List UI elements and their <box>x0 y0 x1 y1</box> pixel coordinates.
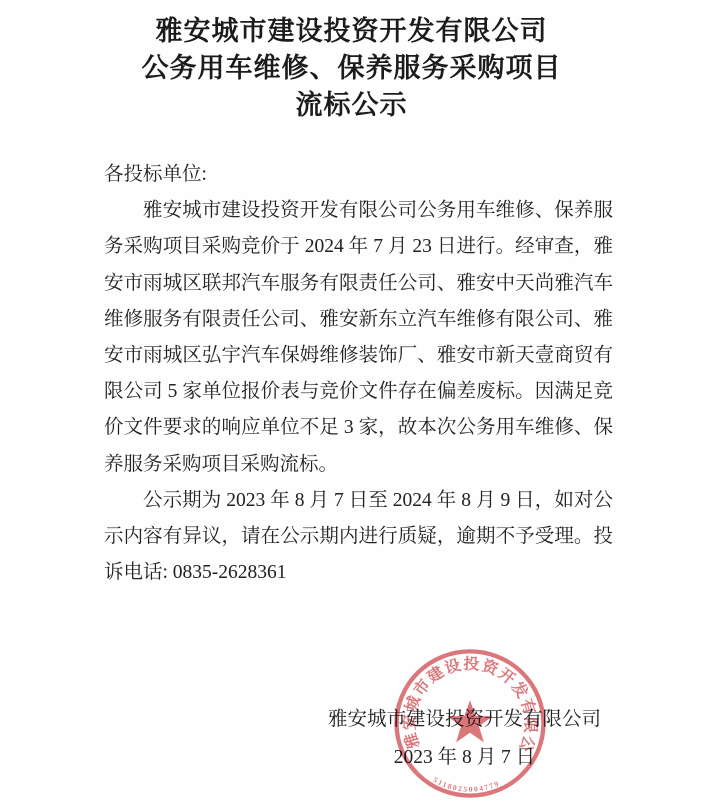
title-line-2: 公务用车维修、保养服务采购项目 <box>0 50 703 87</box>
signature-company: 雅安城市建设投资开发有限公司 <box>328 701 601 739</box>
document-body: 各投标单位: 雅安城市建设投资开发有限公司公务用车维修、保养服务采购项目采购竞价… <box>104 157 613 591</box>
body-paragraph-1: 雅安城市建设投资开发有限公司公务用车维修、保养服务采购项目采购竞价于 2024 … <box>104 193 613 483</box>
document-page: 雅安城市建设投资开发有限公司 公务用车维修、保养服务采购项目 流标公示 各投标单… <box>0 0 703 805</box>
title-line-3: 流标公示 <box>0 87 703 124</box>
seal-code-text: 5118025004779 <box>432 775 502 794</box>
signature-block: 雅安城市建设投资开发有限公司 2023 年 8 月 7 日 <box>328 701 601 777</box>
title-line-1: 雅安城市建设投资开发有限公司 <box>0 13 703 50</box>
body-paragraph-2: 公示期为 2023 年 8 月 7 日至 2024 年 8 月 9 日，如对公示… <box>104 483 613 592</box>
document-title: 雅安城市建设投资开发有限公司 公务用车维修、保养服务采购项目 流标公示 <box>0 13 703 124</box>
signature-date: 2023 年 8 月 7 日 <box>328 739 601 777</box>
salutation-text: 各投标单位: <box>104 157 613 193</box>
svg-text:5118025004779: 5118025004779 <box>432 775 502 794</box>
